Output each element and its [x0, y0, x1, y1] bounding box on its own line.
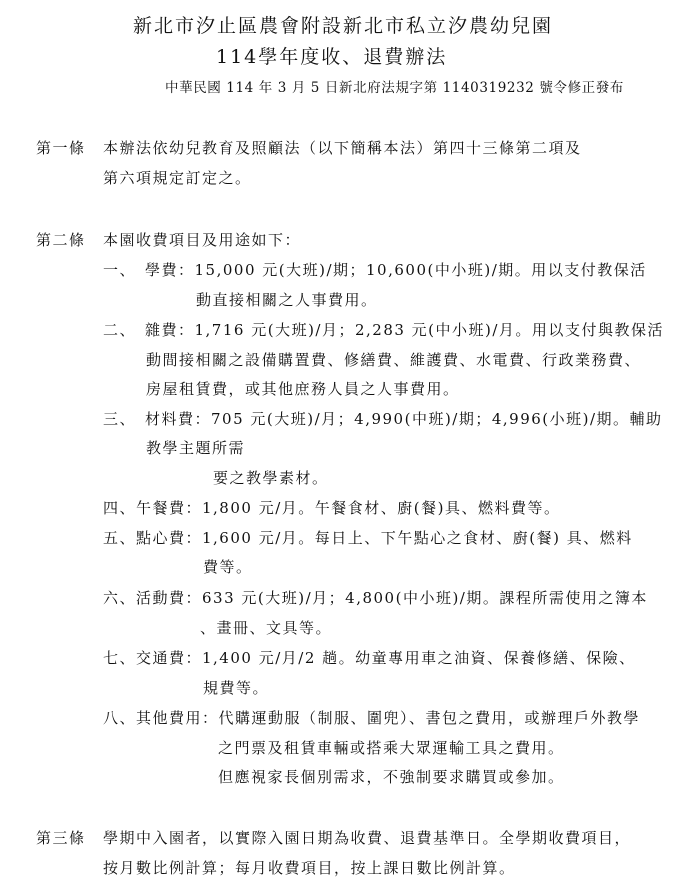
article-text: 學期中入園者，以實際入園日期為收費、退費基準日。全學期收費項目， [103, 828, 631, 848]
article-text: 第六項規定訂定之。 [103, 168, 252, 188]
doc-title-line1: 新北市汐止區農會附設新北市私立汐農幼兒園 [133, 14, 553, 38]
promulgation-note: 中華民國 114 年 3 月 5 日新北府法規字第 1140319232 號令修… [165, 78, 624, 98]
fee-item-transport-cont: 規費等。 [203, 678, 269, 698]
fee-item-materials-cont: 教學主題所需 [146, 438, 245, 458]
fee-item-activity: 六、活動費：633 元(大班)/月；4,800(中小班)/期。課程所需使用之簿本 [103, 588, 648, 608]
fee-item-materials: 三、 材料費：705 元(大班)/月；4,990(中班)/期；4,996(小班)… [103, 409, 663, 429]
fee-item-snack-cont: 費等。 [203, 557, 253, 577]
fee-item-tuition: 一、 學費：15,000 元(大班)/期；10,600(中小班)/期。用以支付教… [103, 260, 647, 280]
article-label: 第二條 [36, 230, 86, 250]
fee-item-misc-cont: 房屋租賃費，或其他庶務人員之人事費用。 [146, 379, 460, 399]
fee-item-other: 八、其他費用：代購運動服（制服、圍兜）、書包之費用，或辦理戶外教學 [103, 708, 640, 728]
article-text: 按月數比例計算；每月收費項目，按上課日數比例計算。 [103, 858, 516, 878]
article-text: 本園收費項目及用途如下： [103, 230, 301, 250]
fee-item-misc: 二、 雜費：1,716 元(大班)/月；2,283 元(中小班)/月。用以支付與… [103, 320, 664, 340]
fee-item-snack: 五、點心費：1,600 元/月。每日上、下午點心之食材、廚(餐) 具、燃料 [103, 528, 633, 548]
fee-item-lunch: 四、午餐費：1,800 元/月。午餐食材、廚(餐)具、燃料費等。 [103, 498, 560, 518]
fee-item-misc-cont: 動間接相關之設備購置費、修繕費、維護費、水電費、行政業務費、 [146, 350, 641, 370]
fee-item-other-cont: 但應視家長個別需求，不強制要求購買或參加。 [218, 767, 565, 787]
fee-item-activity-cont: 、畫冊、文具等。 [200, 618, 332, 638]
fee-item-materials-cont: 要之教學素材。 [213, 468, 329, 488]
fee-item-transport: 七、交通費：1,400 元/月/2 趟。幼童專用車之油資、保養修繕、保險、 [103, 648, 636, 668]
fee-item-other-cont: 之門票及租賃車輛或搭乘大眾運輸工具之費用。 [218, 738, 565, 758]
doc-title-line2: 114學年度收、退費辦法 [216, 45, 447, 69]
fee-item-tuition-cont: 動直接相關之人事費用。 [196, 290, 378, 310]
article-label: 第三條 [36, 828, 86, 848]
article-text: 本辦法依幼兒教育及照顧法（以下簡稱本法）第四十三條第二項及 [103, 138, 582, 158]
article-label: 第一條 [36, 138, 86, 158]
